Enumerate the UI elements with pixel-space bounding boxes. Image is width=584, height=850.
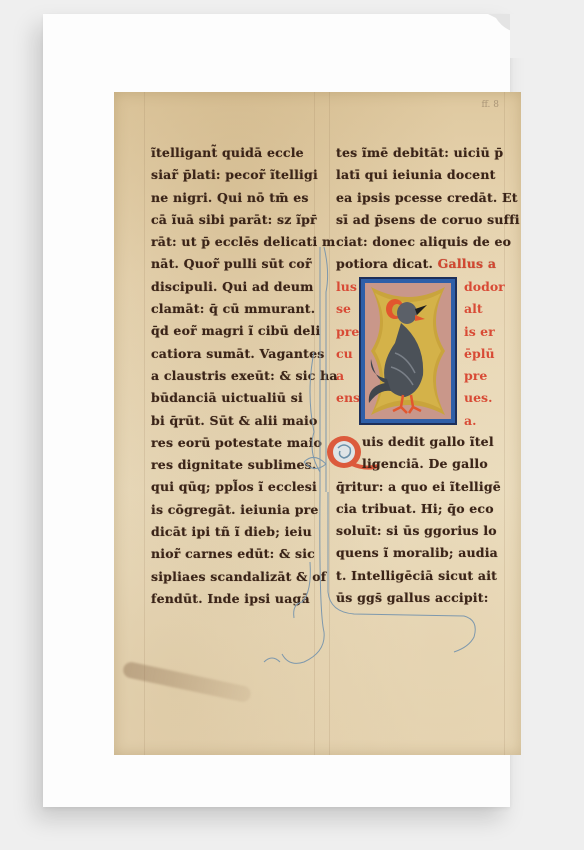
- manuscript-leaf: ff. 8 ĩtelligant̃ quidā eccle siar̃ p̄la…: [114, 92, 521, 755]
- pen-flourish-decoration: [114, 92, 521, 755]
- print-frame: ff. 8 ĩtelligant̃ quidā eccle siar̃ p̄la…: [43, 14, 510, 807]
- page-curl-icon: [488, 14, 532, 58]
